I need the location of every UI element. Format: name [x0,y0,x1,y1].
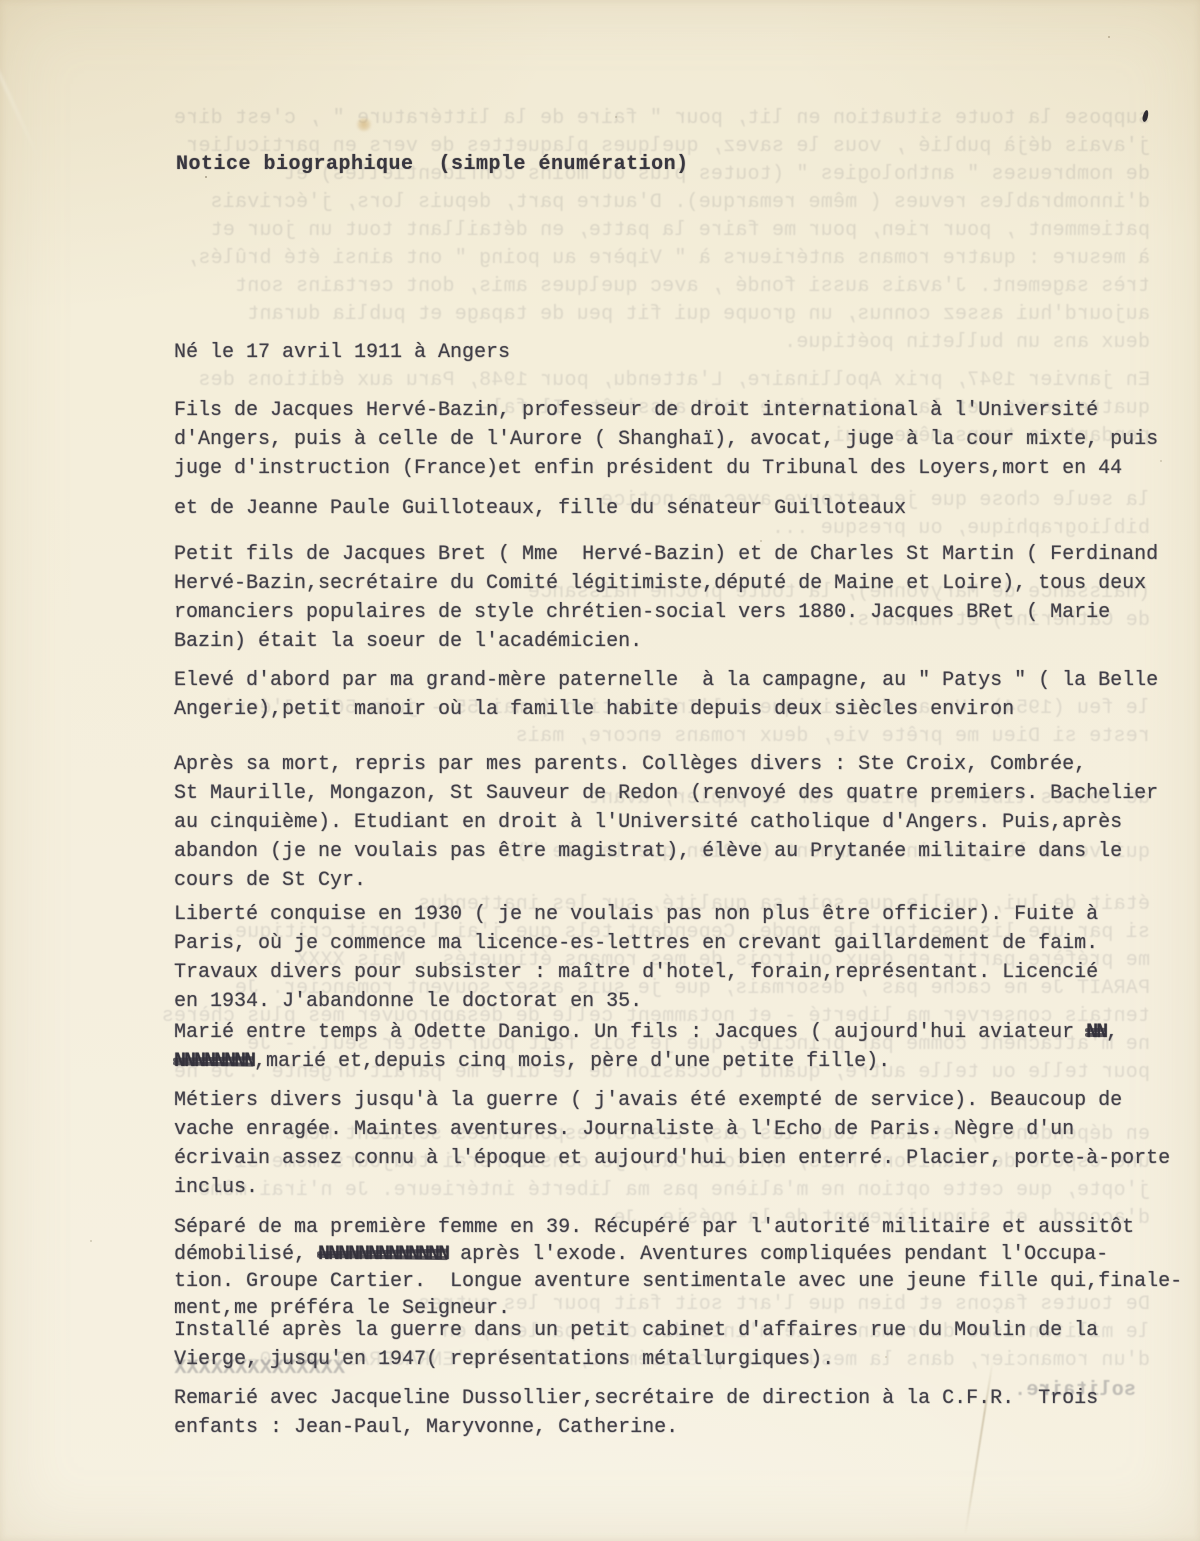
paragraph-childhood: Elevé d'abord par ma grand-mère paternel… [174,666,1134,724]
paragraph-father: Fils de Jacques Hervé-Bazin, professeur … [174,396,1134,483]
typed-text-segment: Séparé de ma première femme en 39. Récup… [174,1216,1134,1239]
document-title: Notice biographique (simple énumération) [176,150,689,179]
typed-line: Marié entre temps à Odette Danigo. Un fi… [174,1018,1134,1047]
typed-line: Installé après la guerre dans un petit c… [174,1316,1134,1345]
typed-line: romanciers populaires de style chrétien-… [174,598,1134,627]
typed-line: en 1934. J'abandonne le doctorat en 35. [174,987,1134,1016]
typed-line: enfants : Jean-Paul, Maryvonne, Catherin… [174,1413,1134,1442]
typed-text-segment: au cinquième). Etudiant en droit à l'Uni… [174,811,1122,834]
typed-line: abandon (je ne voulais pas être magistra… [174,837,1134,866]
typed-line: Après sa mort, repris par mes parents. C… [174,750,1134,779]
typed-text-segment: cours de St Cyr. [174,869,366,892]
typed-line: Elevé d'abord par ma grand-mère paternel… [174,666,1134,695]
typed-text-segment: ,marié et,depuis cinq mois, père d'une p… [254,1050,890,1073]
typed-line: cours de St Cyr. [174,866,1134,895]
typed-line: Angerie),petit manoir où la famille habi… [174,695,1134,724]
typed-line: Séparé de ma première femme en 39. Récup… [174,1214,1134,1241]
paragraph-war: Séparé de ma première femme en 39. Récup… [174,1214,1134,1322]
typed-line: Bazin) était la soeur de l'académicien. [174,627,1134,656]
typed-text-segment: en 1934. J'abandonne le doctorat en 35. [174,990,642,1013]
typed-text-segment: après l'exode. Aventures compliquées pen… [448,1243,1108,1266]
paragraph-mother: et de Jeanne Paule Guilloteaux, fille du… [174,494,1134,523]
struck-out-text: NNNNNNNNNNNNN [318,1243,448,1266]
scanned-document-page: { "document": { "kind": "typewritten bio… [0,0,1200,1541]
typed-text-segment: Métiers divers jusqu'à la guerre ( j'ava… [174,1089,1122,1112]
typed-text-segment: abandon (je ne voulais pas être magistra… [174,840,1122,863]
typed-line: Remarié avec Jacqueline Dussollier,secré… [174,1384,1134,1413]
struck-out-text: NNNNNNNN [174,1050,254,1073]
typed-text-segment: Installé après la guerre dans un petit c… [174,1319,1098,1342]
typed-text-segment: Marié entre temps à Odette Danigo. Un fi… [174,1021,1086,1044]
typed-text-segment: enfants : Jean-Paul, Maryvonne, Catherin… [174,1416,678,1439]
typed-line: et de Jeanne Paule Guilloteaux, fille du… [174,494,1134,523]
typed-text-segment: Petit fils de Jacques Bret ( Mme Hervé-B… [174,543,1158,566]
paragraph-paris-studies: Liberté conquise en 1930 ( je ne voulais… [174,900,1134,1016]
birth-line: Né le 17 avril 1911 à Angers [174,338,1134,367]
typed-text-segment: écrivain assez connu à l'époque et aujou… [174,1147,1170,1170]
typed-line: au cinquième). Etudiant en droit à l'Uni… [174,808,1134,837]
typed-text-segment: , [1106,1021,1118,1044]
typed-text-segment: Vierge, jusqu'en 1947( représentations m… [174,1348,834,1371]
paragraph-grandparents: Petit fils de Jacques Bret ( Mme Hervé-B… [174,540,1134,656]
typed-line: Paris, où je commence ma licence-es-lett… [174,929,1134,958]
typed-line: tion. Groupe Cartier. Longue aventure se… [174,1268,1134,1295]
typed-text-segment: St Maurille, Mongazon, St Sauveur de Red… [174,782,1158,805]
typed-text-segment: Fils de Jacques Hervé-Bazin, professeur … [174,399,1098,422]
paragraph-second-marriage: Remarié avec Jacqueline Dussollier,secré… [174,1384,1134,1442]
paragraph-jobs: Métiers divers jusqu'à la guerre ( j'ava… [174,1086,1134,1202]
typed-text-segment: romanciers populaires de style chrétien-… [174,601,1110,624]
typed-text-segment: Angerie),petit manoir où la famille habi… [174,698,1014,721]
typed-text-segment: tion. Groupe Cartier. Longue aventure se… [174,1270,1182,1293]
typed-line: inclus. [174,1173,1134,1202]
typed-text-segment: d'Angers, puis à celle de l'Aurore ( Sha… [174,428,1158,451]
paragraph-first-marriage: Marié entre temps à Odette Danigo. Un fi… [174,1018,1134,1076]
typed-line: Travaux divers pour subsister : maître d… [174,958,1134,987]
typed-text-segment: Après sa mort, repris par mes parents. C… [174,753,1086,776]
typed-text-segment: juge d'instruction (France)et enfin prés… [174,457,1122,480]
typed-line: Métiers divers jusqu'à la guerre ( j'ava… [174,1086,1134,1115]
typed-text-segment: Bazin) était la soeur de l'académicien. [174,630,642,653]
foxing-stain [356,118,372,131]
typed-line: Hervé-Bazin,secrétaire du Comité légitim… [174,569,1134,598]
typed-line: d'Angers, puis à celle de l'Aurore ( Sha… [174,425,1134,454]
typed-line: démobilisé, NNNNNNNNNNNNN après l'exode.… [174,1241,1134,1268]
typed-line: juge d'instruction (France)et enfin prés… [174,454,1134,483]
typed-text-segment: démobilisé, [174,1243,318,1266]
typed-text-segment: Né le 17 avril 1911 à Angers [174,341,510,364]
typed-text-segment: inclus. [174,1176,258,1199]
typed-line: vache enragée. Maintes aventures. Journa… [174,1115,1134,1144]
typed-line: St Maurille, Mongazon, St Sauveur de Red… [174,779,1134,808]
typed-text-segment: Hervé-Bazin,secrétaire du Comité légitim… [174,572,1146,595]
paragraph-schooling: Après sa mort, repris par mes parents. C… [174,750,1134,895]
typed-text-segment: Paris, où je commence ma licence-es-lett… [174,932,1098,955]
typed-line: Né le 17 avril 1911 à Angers [174,338,1134,367]
typed-text-layer: Notice biographique (simple énumération)… [0,0,1200,1541]
typed-line: Petit fils de Jacques Bret ( Mme Hervé-B… [174,540,1134,569]
typed-text-segment: Elevé d'abord par ma grand-mère paternel… [174,669,1158,692]
typed-line: écrivain assez connu à l'époque et aujou… [174,1144,1134,1173]
typed-text-segment: vache enragée. Maintes aventures. Journa… [174,1118,1074,1141]
paper-specks [205,176,207,178]
typed-text-segment: Liberté conquise en 1930 ( je ne voulais… [174,903,1098,926]
typed-line: NNNNNNNN,marié et,depuis cinq mois, père… [174,1047,1134,1076]
struck-out-text: NN [1086,1021,1106,1044]
typed-text-segment: Travaux divers pour subsister : maître d… [174,961,1098,984]
typed-text-segment: et de Jeanne Paule Guilloteaux, fille du… [174,497,906,520]
typed-line: Liberté conquise en 1930 ( je ne voulais… [174,900,1134,929]
typed-line: Fils de Jacques Hervé-Bazin, professeur … [174,396,1134,425]
typed-text-segment: Remarié avec Jacqueline Dussollier,secré… [174,1387,1098,1410]
